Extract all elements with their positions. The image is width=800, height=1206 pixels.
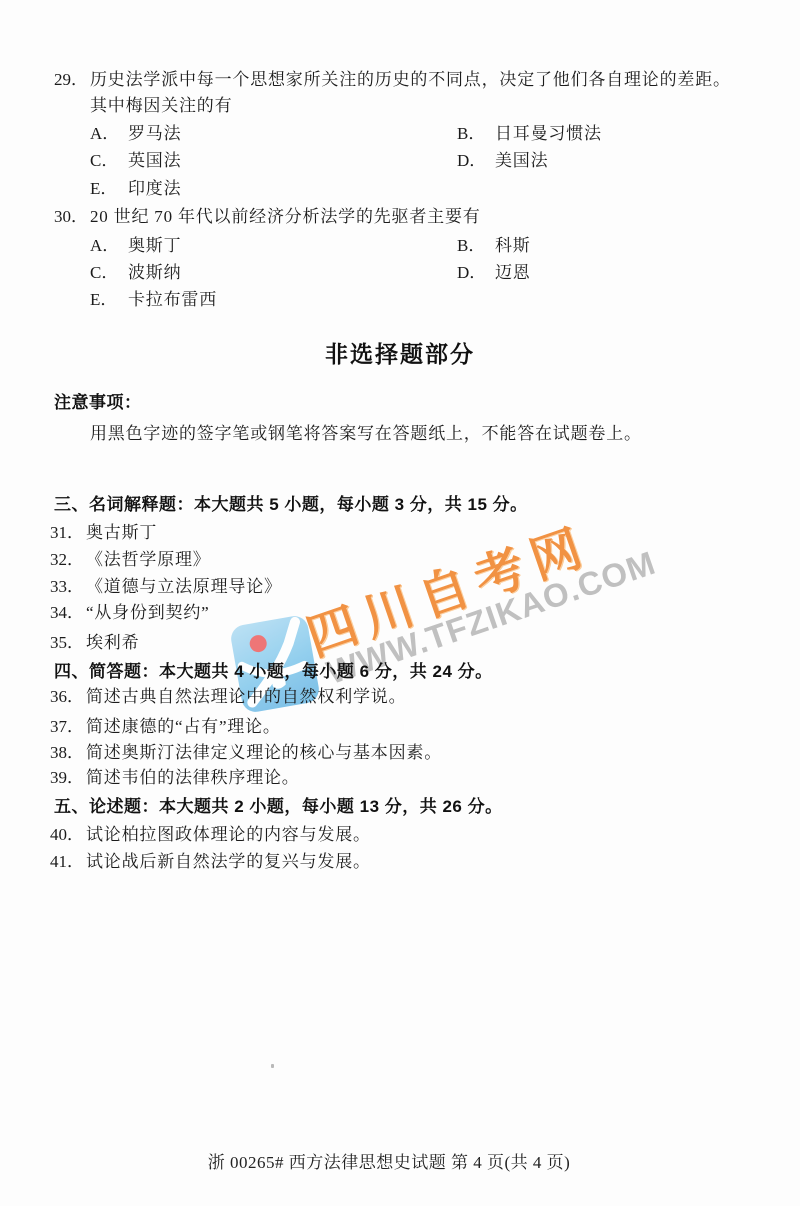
option-30-A-text: 奥斯丁 <box>128 236 181 255</box>
question-29-continued: 其中梅因关注的有 <box>90 93 232 119</box>
option-29-E-label: E． <box>90 176 128 202</box>
question-29-text: 历史法学派中每一个思想家所关注的历史的不同点，决定了他们各自理论的差距。 <box>90 70 731 89</box>
part5-heading: 五、论述题：本大题共 2 小题，每小题 13 分，共 26 分。 <box>54 794 503 820</box>
option-30-A: A．奥斯丁 <box>90 233 181 259</box>
option-29-E: E．印度法 <box>90 176 181 202</box>
option-30-C: C．波斯纳 <box>90 260 181 286</box>
option-30-E-text: 卡拉布雷西 <box>128 290 217 309</box>
item-41-number: 41． <box>50 849 86 875</box>
section-heading-nonchoice: 非选择题部分 <box>0 336 800 369</box>
option-29-B: B．日耳曼习惯法 <box>457 121 602 147</box>
question-30: 30．20 世纪 70 年代以前经济分析法学的先驱者主要有 <box>54 204 481 230</box>
item-34-text: “从身份到契约” <box>86 603 210 622</box>
option-30-B-label: B． <box>457 233 495 259</box>
notice-body: 用黑色字迹的签字笔或钢笔将答案写在答题纸上，不能答在试题卷上。 <box>90 421 642 447</box>
question-30-text: 20 世纪 70 年代以前经济分析法学的先驱者主要有 <box>90 207 481 226</box>
item-39: 39．简述韦伯的法律秩序理论。 <box>50 765 300 791</box>
option-29-A: A．罗马法 <box>90 121 181 147</box>
item-41-text: 试论战后新自然法学的复兴与发展。 <box>86 852 371 871</box>
item-39-text: 简述韦伯的法律秩序理论。 <box>86 768 300 787</box>
option-29-D-label: D． <box>457 148 495 174</box>
item-35: 35．埃利希 <box>50 630 139 656</box>
item-34: 34．“从身份到契约” <box>50 600 210 626</box>
scan-speck <box>271 1064 274 1068</box>
item-33-number: 33． <box>50 574 86 600</box>
item-41: 41．试论战后新自然法学的复兴与发展。 <box>50 849 371 875</box>
option-29-A-label: A． <box>90 121 128 147</box>
item-39-number: 39． <box>50 765 86 791</box>
item-31-number: 31． <box>50 520 86 546</box>
item-40-number: 40． <box>50 822 86 848</box>
item-32: 32．《法哲学原理》 <box>50 547 211 573</box>
option-30-E: E．卡拉布雷西 <box>90 287 217 313</box>
option-30-D-label: D． <box>457 260 495 286</box>
option-29-C-label: C． <box>90 148 128 174</box>
option-30-C-label: C． <box>90 260 128 286</box>
item-36: 36．简述古典自然法理论中的自然权利学说。 <box>50 684 406 710</box>
item-32-number: 32． <box>50 547 86 573</box>
option-30-A-label: A． <box>90 233 128 259</box>
item-31-text: 奥古斯丁 <box>86 523 157 542</box>
option-29-B-label: B． <box>457 121 495 147</box>
item-36-text: 简述古典自然法理论中的自然权利学说。 <box>86 687 406 706</box>
part4-heading: 四、简答题：本大题共 4 小题，每小题 6 分，共 24 分。 <box>54 659 493 685</box>
item-40: 40．试论柏拉图政体理论的内容与发展。 <box>50 822 371 848</box>
item-36-number: 36． <box>50 684 86 710</box>
item-37-number: 37． <box>50 714 86 740</box>
item-34-number: 34． <box>50 600 86 626</box>
option-30-E-label: E． <box>90 287 128 313</box>
item-35-number: 35． <box>50 630 86 656</box>
option-30-B-text: 科斯 <box>495 236 531 255</box>
exam-page: 四川自考网 WWW.TFZIKAO.COM 29．历史法学派中每一个思想家所关注… <box>0 0 800 1206</box>
exam-content: 29．历史法学派中每一个思想家所关注的历史的不同点，决定了他们各自理论的差距。 … <box>0 0 800 1206</box>
item-33: 33．《道德与立法原理导论》 <box>50 574 282 600</box>
question-30-number: 30． <box>54 204 90 230</box>
option-29-C-text: 英国法 <box>128 151 181 170</box>
option-29-C: C．英国法 <box>90 148 181 174</box>
item-38-text: 简述奥斯汀法律定义理论的核心与基本因素。 <box>86 743 442 762</box>
option-29-B-text: 日耳曼习惯法 <box>495 124 602 143</box>
item-32-text: 《法哲学原理》 <box>86 550 211 569</box>
page-footer: 浙 00265# 西方法律思想史试题 第 4 页(共 4 页) <box>0 1148 778 1173</box>
part3-heading: 三、名词解释题：本大题共 5 小题，每小题 3 分，共 15 分。 <box>54 492 528 518</box>
notice-title: 注意事项： <box>54 390 142 416</box>
option-30-C-text: 波斯纳 <box>128 263 181 282</box>
option-29-E-text: 印度法 <box>128 179 181 198</box>
item-37: 37．简述康德的“占有”理论。 <box>50 714 281 740</box>
question-29-number: 29． <box>54 67 90 93</box>
item-33-text: 《道德与立法原理导论》 <box>86 577 282 596</box>
option-30-B: B．科斯 <box>457 233 531 259</box>
item-35-text: 埃利希 <box>86 633 139 652</box>
option-29-D: D．美国法 <box>457 148 548 174</box>
item-31: 31．奥古斯丁 <box>50 520 157 546</box>
option-30-D: D．迈恩 <box>457 260 531 286</box>
option-29-A-text: 罗马法 <box>128 124 181 143</box>
item-40-text: 试论柏拉图政体理论的内容与发展。 <box>86 825 371 844</box>
item-37-text: 简述康德的“占有”理论。 <box>86 717 281 736</box>
item-38-number: 38． <box>50 740 86 766</box>
item-38: 38．简述奥斯汀法律定义理论的核心与基本因素。 <box>50 740 442 766</box>
option-29-D-text: 美国法 <box>495 151 548 170</box>
question-29: 29．历史法学派中每一个思想家所关注的历史的不同点，决定了他们各自理论的差距。 <box>54 67 731 93</box>
option-30-D-text: 迈恩 <box>495 263 531 282</box>
